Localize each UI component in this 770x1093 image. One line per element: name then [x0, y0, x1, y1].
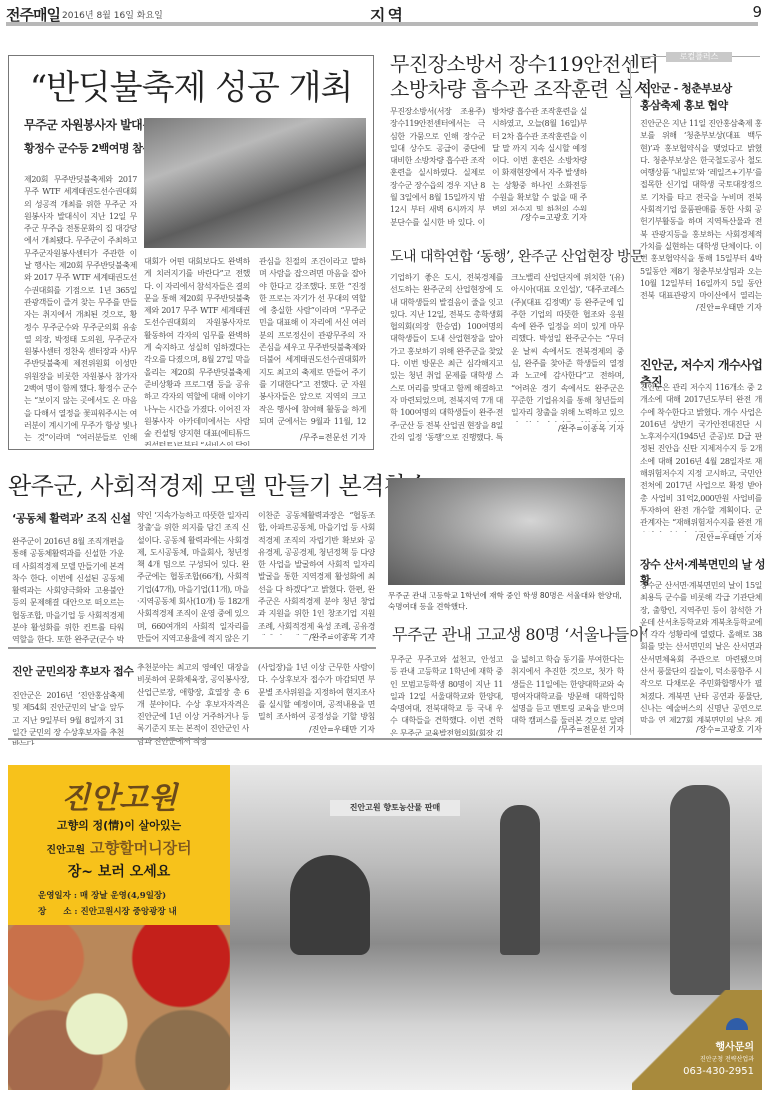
article-byline: /진안=우태만 기자	[258, 724, 375, 735]
produce-collage-image	[8, 925, 230, 1090]
article-byline: /무주=전문선 기자	[511, 724, 624, 735]
ad-tagline: 고향의 정(情)이 살아있는	[8, 817, 230, 833]
ad-divider	[8, 738, 762, 740]
market-banner: 진안고원 향토농산물 판매	[330, 800, 460, 816]
article-byline: /장수=고광호 기자	[492, 212, 587, 223]
article-column-2: 대회가 어떤 대회보다도 완벽하게 치러지기를 바란다”고 전했다. 이 자리에…	[144, 256, 250, 446]
page-number: 9	[752, 3, 762, 21]
article-column-1: 진안군은 2016년 ‘진안홍삼축제 및 제54회 진안군민의 날’을 앞두고 …	[12, 690, 124, 745]
ad-hours-value: 매 장날 운영(4,9일장)	[80, 891, 166, 901]
article-byline: /완주=이종목 기자	[258, 632, 375, 643]
article-headline: 완주군, 사회적경제 모델 만들기 본격착수	[8, 466, 429, 501]
article-subhead-2: 황정수 군수등 2백여명 참석	[24, 140, 153, 156]
article-subhead: ‘공동체 활력과’ 조직 신설	[12, 510, 131, 526]
vendor-figure	[290, 855, 370, 955]
shopper-figure	[500, 805, 540, 955]
ad-contact-panel: 행사문의 진안군청 전략산업과 063-430-2951	[632, 990, 762, 1090]
ad-region: 진안고원	[46, 845, 85, 856]
article-column-2: 크노밸리 산업단지에 위치한 ‘(유)아시아(대표 오인섭)’, ‘대주코레스(…	[511, 272, 624, 422]
sidebar-body: 진안군은 지난 11일 진안홍삼축제 홍보를 위해 ‘청춘부보상(대표 백두현)…	[640, 118, 762, 300]
market-advertisement: 진안고원 고향의 정(情)이 살아있는 진안고원 고향할머니장터 장~ 보러 오…	[8, 765, 230, 1090]
sidebar-byline: /진안=우태만 기자	[640, 302, 762, 313]
column-divider	[630, 60, 631, 735]
sidebar-headline: 진안군 - 청춘부보상 홍삼축제 홍보 협약	[640, 80, 732, 114]
article-byline: /무주=전문선 기자	[259, 432, 366, 443]
headline-line-2: 홍삼축제 홍보 협약	[640, 97, 732, 114]
sidebar-body: 진안군은 관리 저수지 116개소 중 2개소에 대해 2017년도부터 완전 …	[640, 382, 762, 532]
article-column-2: 약인 ‘지속가능하고 따뜻한 일자리 창출’을 위한 의지를 담긴 조직 신설이…	[137, 510, 249, 645]
article-column-3: (사업장)을 1년 이상 근무한 사람이다. 수상후보자 접수가 마감되면 부문…	[258, 662, 375, 724]
issue-date: 2016년 8월 16일 화요일	[62, 8, 163, 21]
header-rule	[6, 22, 758, 26]
sidebar-byline: /진안=우태만 기자	[640, 532, 762, 543]
article-headline: 진안 군민의장 후보자 접수	[12, 663, 133, 679]
local-plus-badge: 로컬플러스	[666, 52, 732, 62]
contact-org: 진안군청 전략산업과	[700, 1054, 754, 1063]
ad-place-label: 장 소	[38, 907, 71, 917]
article-column-1: 무진장소방서(서장 조용주) 장수119안전센터에서는 극심한 가뭄으로 인해 …	[390, 106, 485, 226]
article-headline: 무진장소방서 장수119안전센터 소방차량 흡수관 조작훈련 실시	[390, 52, 658, 102]
article-byline: /완주=이종목 기자	[511, 423, 624, 434]
ad-callout: 장~ 보러 오세요	[8, 861, 230, 881]
ad-hours: 운영일자 : 매 장날 운영(4,9일장)	[38, 889, 166, 901]
article-subhead: 무주군 자원봉사자 발대식	[24, 116, 153, 133]
volunteer-oath-photo	[144, 118, 366, 248]
ad-hours-label: 운영일자	[38, 891, 71, 901]
students-lecture-photo	[388, 478, 625, 585]
shopper-figure	[670, 785, 730, 995]
article-firefly-festival: “반딧불축제 성공 개최를” 무주군 자원봉사자 발대식 황정수 군수등 2백여…	[8, 55, 374, 450]
ad-place-value: 진안고원시장 중앙광장 내	[81, 907, 177, 917]
article-column-1: 기업하기 좋은 도시, 전북경제를 선도하는 완주군의 산업현장에 도내 대학생…	[390, 272, 503, 442]
contact-title: 행사문의	[715, 1038, 754, 1053]
article-headline: 무주군 관내 고교생 80명 ‘서울나들이’	[392, 622, 648, 645]
contact-phone: 063-430-2951	[683, 1066, 754, 1077]
ad-market-title: 고향할머니장터	[90, 839, 191, 857]
ad-place: 장 소 : 진안고원시장 중앙광장 내	[38, 905, 177, 917]
article-column-3: 이찬준 공동체활력과장은 “협동조합, 아파트공동체, 마을기업 등 사회적경제…	[258, 510, 375, 635]
article-column-1: 제20회 무주반딧불축제와 2017 무주 WTF 세계태권도선수권대회의 성공…	[24, 174, 137, 446]
sidebar-byline: /장수=고광호 기자	[640, 724, 762, 735]
article-column-2: 추천분야는 최고의 영예인 대장을 비롯하여 문화체육장, 공익봉사장, 산업근…	[137, 662, 249, 747]
article-column-1: 무주군 무주고와 설천고, 안성고 등 관내 고등학교 1학년에 재학 중인 모…	[390, 654, 503, 736]
ad-logo: 진안고원	[8, 773, 230, 817]
section-divider	[8, 647, 376, 649]
sidebar-body: 장수군 산서면·계북면민의 날이 15일 최용득 군수를 비롯해 각급 기관단체…	[640, 580, 762, 723]
headline-line-2: 소방차량 흡수관 조작훈련 실시	[390, 77, 658, 102]
photo-caption: 무주군 관내 고등학교 1학년에 재학 중인 학생 80명은 서울대와 한양대,…	[388, 590, 625, 616]
article-column-2: 을 넓히고 학습 동기를 부여한다는 취지에서 추진한 것으로, 첫가 학생들은…	[511, 654, 624, 726]
phone-icon	[726, 1018, 748, 1030]
article-column-3: 관심을 친절의 조건이라고 말하며 사람을 잡으려면 마음을 잡아야 한다고 강…	[259, 256, 366, 426]
headline-line-1: 무진장소방서 장수119안전센터	[390, 52, 658, 77]
article-headline: 도내 대학연합 ‘동행’, 완주군 산업현장 방문	[390, 246, 643, 266]
ad-market-name: 진안고원 고향할머니장터	[8, 837, 230, 858]
headline-line-1: 진안군 - 청춘부보상	[640, 80, 732, 97]
article-column-2: 방차량 흡수관 조작훈련을 실시하였고, 오늘(8월 16일)부터 2차 흡수관…	[492, 106, 587, 211]
market-scene-photo: 진안고원 향토농산물 판매 행사문의 진안군청 전략산업과 063-430-29…	[230, 765, 762, 1090]
article-column-1: 완주군이 2016년 8월 조직개편을 통해 공동체활력과를 신설한 가운데 사…	[12, 536, 124, 646]
